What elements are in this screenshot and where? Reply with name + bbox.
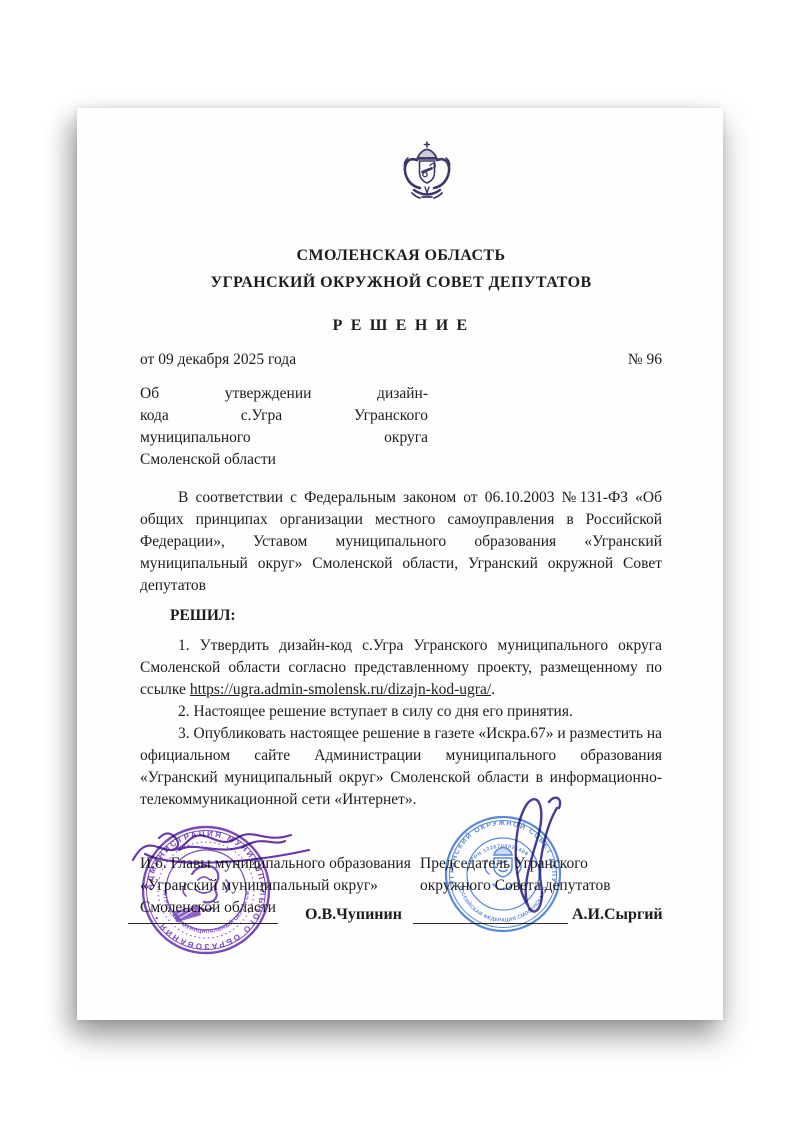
preamble-paragraph: В соответствии с Федеральным законом от … bbox=[140, 487, 662, 597]
doc-number: № 96 bbox=[628, 349, 662, 371]
signatory-name-right: А.И.Сыргий bbox=[572, 904, 663, 926]
doc-type-title: Р Е Ш Е Н И Е bbox=[140, 317, 662, 335]
region-title: СМОЛЕНСКАЯ ОБЛАСТЬ bbox=[140, 247, 662, 265]
council-title: УГРАНСКИЙ ОКРУЖНОЙ СОВЕТ ДЕПУТАТОВ bbox=[140, 274, 662, 292]
resolution-item-2: 2. Настоящее решение вступает в силу со … bbox=[140, 701, 662, 723]
signatory-name-left: О.В.Чупинин bbox=[305, 904, 402, 926]
subject-block: Об утверждении дизайн- кода с.Угра Угран… bbox=[140, 383, 428, 471]
item1-period: . bbox=[491, 681, 495, 698]
resolved-heading: РЕШИЛ: bbox=[140, 605, 662, 627]
resolution-item-1: 1. Утвердить дизайн-код с.Угра Угранског… bbox=[140, 635, 662, 701]
handwritten-signature-right bbox=[491, 788, 569, 918]
coat-of-arms-icon bbox=[398, 140, 456, 208]
subject-line: Смоленской области bbox=[140, 449, 428, 471]
design-code-link[interactable]: https://ugra.admin-smolensk.ru/dizajn-ko… bbox=[190, 681, 491, 698]
document-page: СМОЛЕНСКАЯ ОБЛАСТЬ УГРАНСКИЙ ОКРУЖНОЙ СО… bbox=[77, 108, 723, 1020]
subject-line: муниципального округа bbox=[140, 427, 428, 449]
doc-date: от 09 декабря 2025 года bbox=[140, 349, 296, 371]
resolution-item-3: 3. Опубликовать настоящее решение в газе… bbox=[140, 723, 662, 811]
doc-meta-row: от 09 декабря 2025 года № 96 bbox=[140, 349, 662, 371]
subject-line: Об утверждении дизайн- bbox=[140, 383, 428, 405]
handwritten-signature-left bbox=[125, 810, 315, 884]
resolution-items: 1. Утвердить дизайн-код с.Угра Угранског… bbox=[140, 635, 662, 811]
subject-line: кода с.Угра Угранского bbox=[140, 405, 428, 427]
scanned-document-viewport: { "document": { "emblem": { "label": "sm… bbox=[0, 0, 800, 1131]
